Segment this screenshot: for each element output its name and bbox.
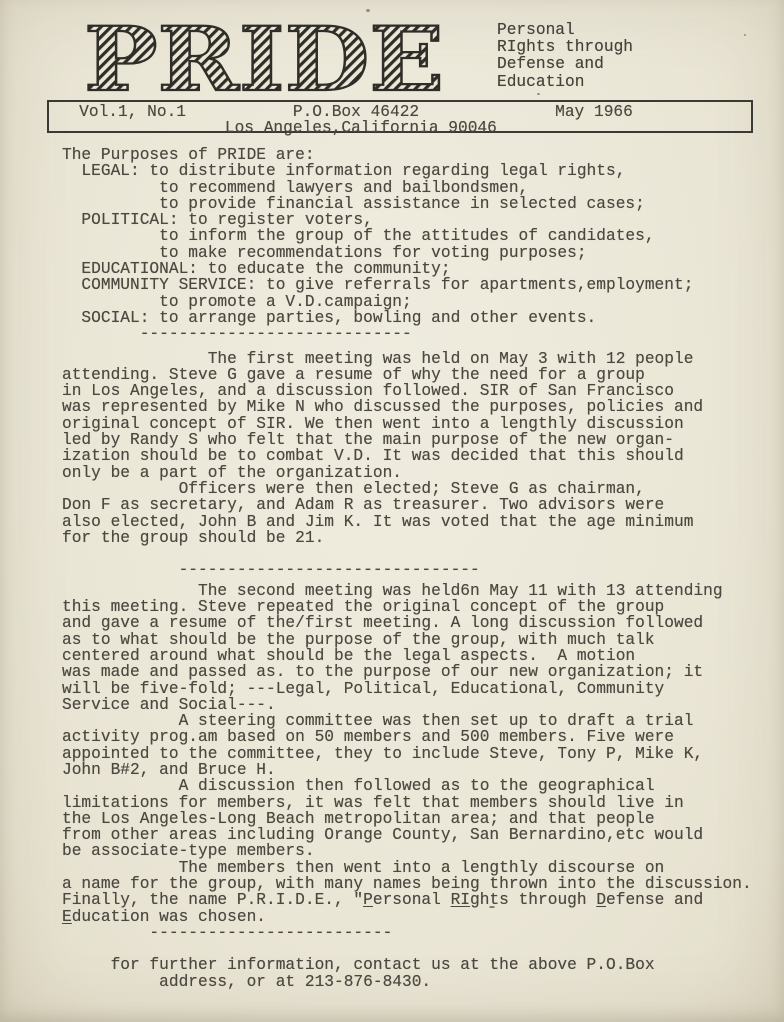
second-meeting-section: The second meeting was held6n May 11 wit… [62,583,752,942]
newsletter-page: PRIDE Personal RIghts through Defense an… [0,0,784,1022]
pride-logo: PRIDE [80,16,452,96]
underlined-letter-d: D [596,891,606,909]
underlined-letter-e: E [62,908,72,926]
naming-text-education: ducation was chosen. [72,908,266,926]
newsletter-body: The Purposes of PRIDE are: LEGAL: to dis… [62,147,752,990]
naming-sentence-lead: Finally, the name P.R.I.D.E., " [62,891,363,909]
paper-speck [366,9,370,12]
underlined-letter-p: P [363,891,373,909]
closing-separator: ------------------------- [62,924,392,942]
underlined-letters-ri: RI [451,891,470,909]
pride-logo-text: PRIDE [84,16,444,96]
naming-text-defense: efense and [606,891,703,909]
contact-footer: for further information, contact us at t… [62,957,752,990]
issue-info-text: Vol.1, No.1 P.O.Box 46422 May 1966 Los A… [50,105,633,137]
purposes-section: The Purposes of PRIDE are: LEGAL: to dis… [62,147,752,343]
paper-speck [537,93,540,95]
org-tagline: Personal RIghts through Defense and Educ… [497,22,633,91]
naming-text-personal: ersonal [373,891,451,909]
paper-speck [744,34,746,36]
first-meeting-section: The first meeting was held on May 3 with… [62,351,752,579]
paper-speck [489,906,495,908]
second-meeting-text: The second meeting was held6n May 11 wit… [62,582,752,893]
issue-info-box: Vol.1, No.1 P.O.Box 46422 May 1966 Los A… [47,100,753,133]
